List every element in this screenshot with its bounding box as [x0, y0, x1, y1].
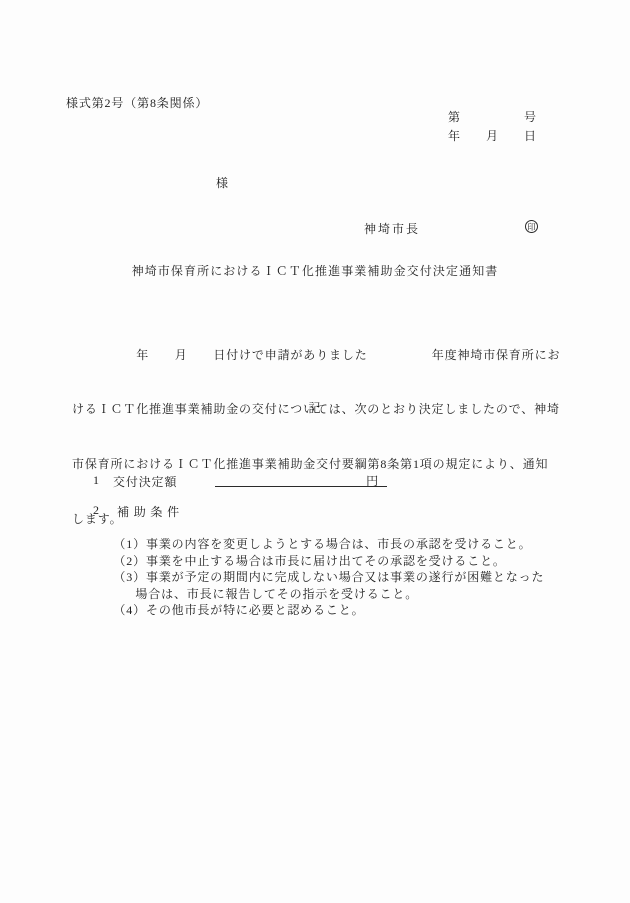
grant-item-number: 1 — [93, 473, 99, 488]
sender-name: 神埼市長 — [364, 220, 420, 237]
grant-amount-label: 交付決定額 — [113, 473, 177, 490]
document-page: 様式第2号（第8条関係） 第 号 年 月 日 様 神埼市長 印 神埼市保育所にお… — [0, 0, 630, 903]
body-line: 市保育所におけるＩＣＴ化推進事業補助金交付要綱第8条第1項の規定により、通知 — [72, 455, 572, 473]
condition-row: （4）その他市長が特に必要と認めること。 — [98, 586, 364, 633]
seal-stamp-icon: 印 — [525, 220, 538, 233]
body-line: 年 月 日付けで申請がありました 年度神埼市保育所にお — [72, 346, 572, 364]
addressee-honorific: 様 — [216, 174, 228, 191]
doc-number-row: 第 号 — [448, 108, 536, 125]
date-year-label: 年 — [448, 127, 460, 144]
date-month-label: 月 — [486, 127, 498, 144]
grant-amount-unit: 円 — [366, 474, 379, 488]
condition-text: その他市長が特に必要と認めること。 — [146, 603, 364, 617]
form-number: 様式第2号（第8条関係） — [66, 94, 208, 111]
conditions-item-number: 2 — [93, 503, 99, 518]
document-title: 神埼市保育所におけるＩＣＴ化推進事業補助金交付決定通知書 — [0, 262, 630, 279]
date-row: 年 月 日 — [448, 127, 536, 144]
doc-number-prefix: 第 — [448, 108, 460, 125]
section-marker: 記 — [0, 399, 630, 416]
grant-amount-blank: 円 — [215, 472, 387, 487]
conditions-heading: 補 助 条 件 — [117, 503, 180, 520]
condition-number: （4） — [113, 603, 146, 617]
doc-number-suffix: 号 — [524, 108, 536, 125]
date-day-label: 日 — [524, 127, 536, 144]
